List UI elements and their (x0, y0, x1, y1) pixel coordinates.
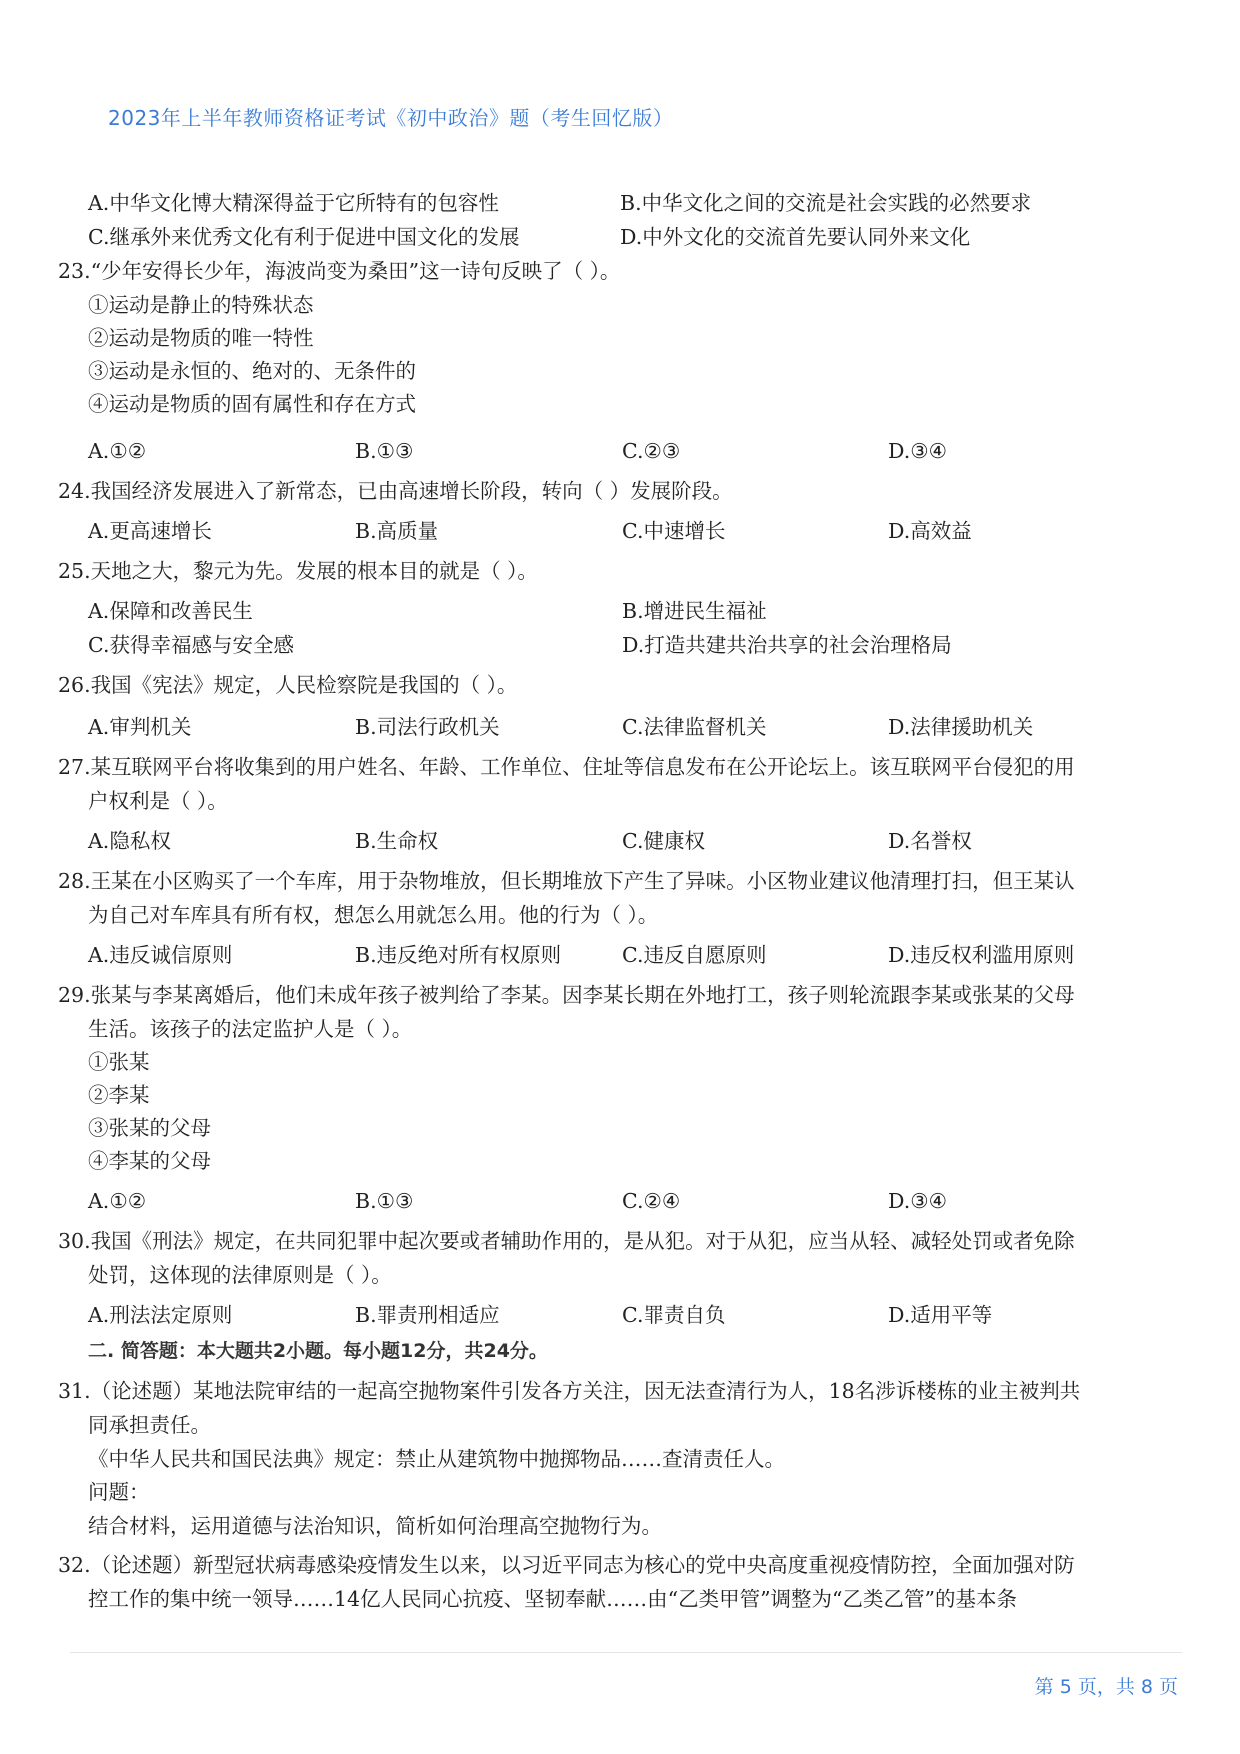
q29-statement-4: ④李某的父母 (88, 1146, 211, 1176)
q29-option-c: C.②④ (622, 1186, 680, 1216)
page-number: 第 5 页，共 8 页 (1035, 1672, 1178, 1699)
q27-option-d: D.名誉权 (888, 826, 972, 856)
q23-statement-3: ③运动是永恒的、绝对的、无条件的 (88, 356, 416, 386)
q30-option-a: A.刑法法定原则 (88, 1300, 232, 1330)
q27-option-b: B.生命权 (355, 826, 438, 856)
q22-option-c: C.继承外来优秀文化有利于促进中国文化的发展 (88, 222, 519, 252)
q29-option-d: D.③④ (888, 1186, 947, 1216)
q25-option-d: D.打造共建共治共享的社会治理格局 (622, 630, 952, 660)
q25-option-c: C.获得幸福感与安全感 (88, 630, 294, 660)
q24-option-c: C.中速增长 (622, 516, 725, 546)
question-23-stem: 23.“少年安得长少年，海波尚变为桑田”这一诗句反映了（ ）。 (58, 256, 620, 286)
q29-option-a: A.①② (88, 1186, 146, 1216)
question-30-stem-line2: 处罚，这体现的法律原则是（ ）。 (88, 1260, 392, 1290)
q27-option-a: A.隐私权 (88, 826, 171, 856)
q23-statement-4: ④运动是物质的固有属性和存在方式 (88, 389, 416, 419)
q25-option-a: A.保障和改善民生 (88, 596, 253, 626)
question-24-stem: 24.我国经济发展进入了新常态，已由高速增长阶段，转向（ ）发展阶段。 (58, 476, 733, 506)
q23-statement-2: ②运动是物质的唯一特性 (88, 323, 314, 353)
q29-statement-2: ②李某 (88, 1080, 150, 1110)
q22-option-b: B.中华文化之间的交流是社会实践的必然要求 (620, 188, 1031, 218)
q28-option-c: C.违反自愿原则 (622, 940, 766, 970)
question-31-quote: 《中华人民共和国民法典》规定：禁止从建筑物中抛掷物品……查清责任人。 (88, 1444, 785, 1474)
question-29-stem-line2: 生活。该孩子的法定监护人是（ ）。 (88, 1014, 412, 1044)
q23-statement-1: ①运动是静止的特殊状态 (88, 290, 314, 320)
q29-statement-3: ③张某的父母 (88, 1113, 211, 1143)
question-28-stem-line1: 28.王某在小区购买了一个车库，用于杂物堆放，但长期堆放下产生了异味。小区物业建… (58, 866, 1075, 896)
q26-option-c: C.法律监督机关 (622, 712, 766, 742)
q23-option-b: B.①③ (355, 436, 413, 466)
question-31-question-label: 问题： (88, 1477, 150, 1507)
q29-option-b: B.①③ (355, 1186, 413, 1216)
question-number: 23. (58, 259, 91, 283)
question-31-line1: 31.（论述题）某地法院审结的一起高空抛物案件引发各方关注，因无法查清行为人，1… (58, 1376, 1080, 1406)
q27-option-c: C.健康权 (622, 826, 705, 856)
q25-option-b: B.增进民生福祉 (622, 596, 767, 626)
q22-option-d: D.中外文化的交流首先要认同外来文化 (620, 222, 970, 252)
q26-option-d: D.法律援助机关 (888, 712, 1033, 742)
q28-option-d: D.违反权利滥用原则 (888, 940, 1074, 970)
question-25-stem: 25.天地之大，黎元为先。发展的根本目的就是（ ）。 (58, 556, 538, 586)
q30-option-b: B.罪责刑相适应 (355, 1300, 500, 1330)
footer-divider (70, 1652, 1182, 1653)
q24-option-b: B.高质量 (355, 516, 438, 546)
q23-option-a: A.①② (88, 436, 146, 466)
question-28-stem-line2: 为自己对车库具有所有权，想怎么用就怎么用。他的行为（ ）。 (88, 900, 658, 930)
question-32-line2: 控工作的集中统一领导……14亿人民同心抗疫、坚韧奉献……由“乙类甲管”调整为“乙… (88, 1584, 1017, 1614)
q24-option-a: A.更高速增长 (88, 516, 212, 546)
section-2-heading: 二. 简答题：本大题共2小题。每小题12分，共24分。 (88, 1336, 548, 1366)
question-31-question: 结合材料，运用道德与法治知识，简析如何治理高空抛物行为。 (88, 1511, 662, 1541)
document-title: 2023年上半年教师资格证考试《初中政治》题（考生回忆版） (108, 102, 673, 131)
question-26-stem: 26.我国《宪法》规定，人民检察院是我国的（ ）。 (58, 670, 517, 700)
q28-option-a: A.违反诚信原则 (88, 940, 232, 970)
document-page: 2023年上半年教师资格证考试《初中政治》题（考生回忆版） A.中华文化博大精深… (0, 0, 1240, 1754)
q30-option-d: D.适用平等 (888, 1300, 992, 1330)
q26-option-a: A.审判机关 (88, 712, 191, 742)
q22-option-a: A.中华文化博大精深得益于它所特有的包容性 (88, 188, 499, 218)
q30-option-c: C.罪责自负 (622, 1300, 725, 1330)
q23-option-d: D.③④ (888, 436, 947, 466)
question-27-stem-line1: 27.某互联网平台将收集到的用户姓名、年龄、工作单位、住址等信息发布在公开论坛上… (58, 752, 1075, 782)
q29-statement-1: ①张某 (88, 1047, 150, 1077)
question-30-stem-line1: 30.我国《刑法》规定，在共同犯罪中起次要或者辅助作用的，是从犯。对于从犯，应当… (58, 1226, 1075, 1256)
q28-option-b: B.违反绝对所有权原则 (355, 940, 561, 970)
q23-option-c: C.②③ (622, 436, 680, 466)
question-29-stem-line1: 29.张某与李某离婚后，他们未成年孩子被判给了李某。因李某长期在外地打工，孩子则… (58, 980, 1075, 1010)
q24-option-d: D.高效益 (888, 516, 972, 546)
question-32-line1: 32.（论述题）新型冠状病毒感染疫情发生以来，以习近平同志为核心的党中央高度重视… (58, 1550, 1075, 1580)
question-31-line2: 同承担责任。 (88, 1410, 211, 1440)
question-27-stem-line2: 户权利是（ ）。 (88, 786, 228, 816)
q26-option-b: B.司法行政机关 (355, 712, 500, 742)
